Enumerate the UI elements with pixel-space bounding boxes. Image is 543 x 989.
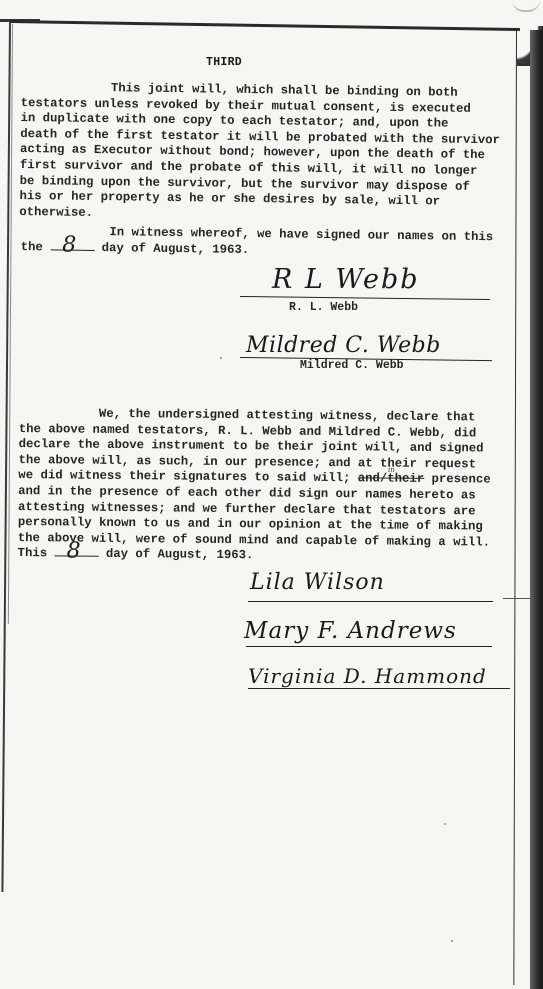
witness-signature-1: Lila Wilson bbox=[250, 570, 385, 595]
page-shadow-right bbox=[530, 30, 543, 989]
attestation-paragraph: We, the undersigned attesting witness, d… bbox=[18, 406, 492, 566]
paragraph-joint-will: This joint will, which shall be binding … bbox=[19, 80, 500, 227]
printed-name: R. L. Webb bbox=[289, 301, 358, 314]
scan-speck bbox=[444, 823, 446, 825]
handwritten-day: 8 bbox=[66, 544, 80, 560]
date-suffix: day of August, 1963. bbox=[98, 547, 253, 562]
scan-speck bbox=[220, 357, 222, 359]
handwritten-insert: in bbox=[388, 466, 395, 474]
witness-clause: In witness whereof, we have signed our n… bbox=[21, 224, 494, 261]
date-prefix: This bbox=[18, 546, 55, 560]
section-heading: THIRD bbox=[206, 56, 242, 69]
witness-signature-line-2 bbox=[246, 646, 492, 647]
printed-name: Mildred C. Webb bbox=[300, 359, 404, 372]
signature-script: R L Webb bbox=[272, 264, 420, 295]
day-blank: 8 bbox=[50, 249, 94, 251]
witness-signature-line-3 bbox=[248, 688, 510, 689]
day-blank: 8 bbox=[54, 556, 98, 557]
handwritten-day: 8 bbox=[62, 237, 76, 253]
signature-script: Mildred C. Webb bbox=[246, 333, 441, 358]
margin-tick-mark bbox=[503, 598, 531, 599]
line-suffix: presence bbox=[424, 472, 491, 487]
witness-clause-prefix: the bbox=[21, 240, 51, 254]
witness-clause-suffix: day of August, 1963. bbox=[94, 241, 249, 257]
scan-speck bbox=[451, 940, 453, 942]
witness-signature-3: Virginia D. Hammond bbox=[248, 664, 487, 688]
line-text: we did witness their signatures to said … bbox=[18, 468, 358, 485]
witness-signature-2: Mary F. Andrews bbox=[244, 618, 457, 644]
witness-signature-line-1 bbox=[248, 601, 493, 602]
